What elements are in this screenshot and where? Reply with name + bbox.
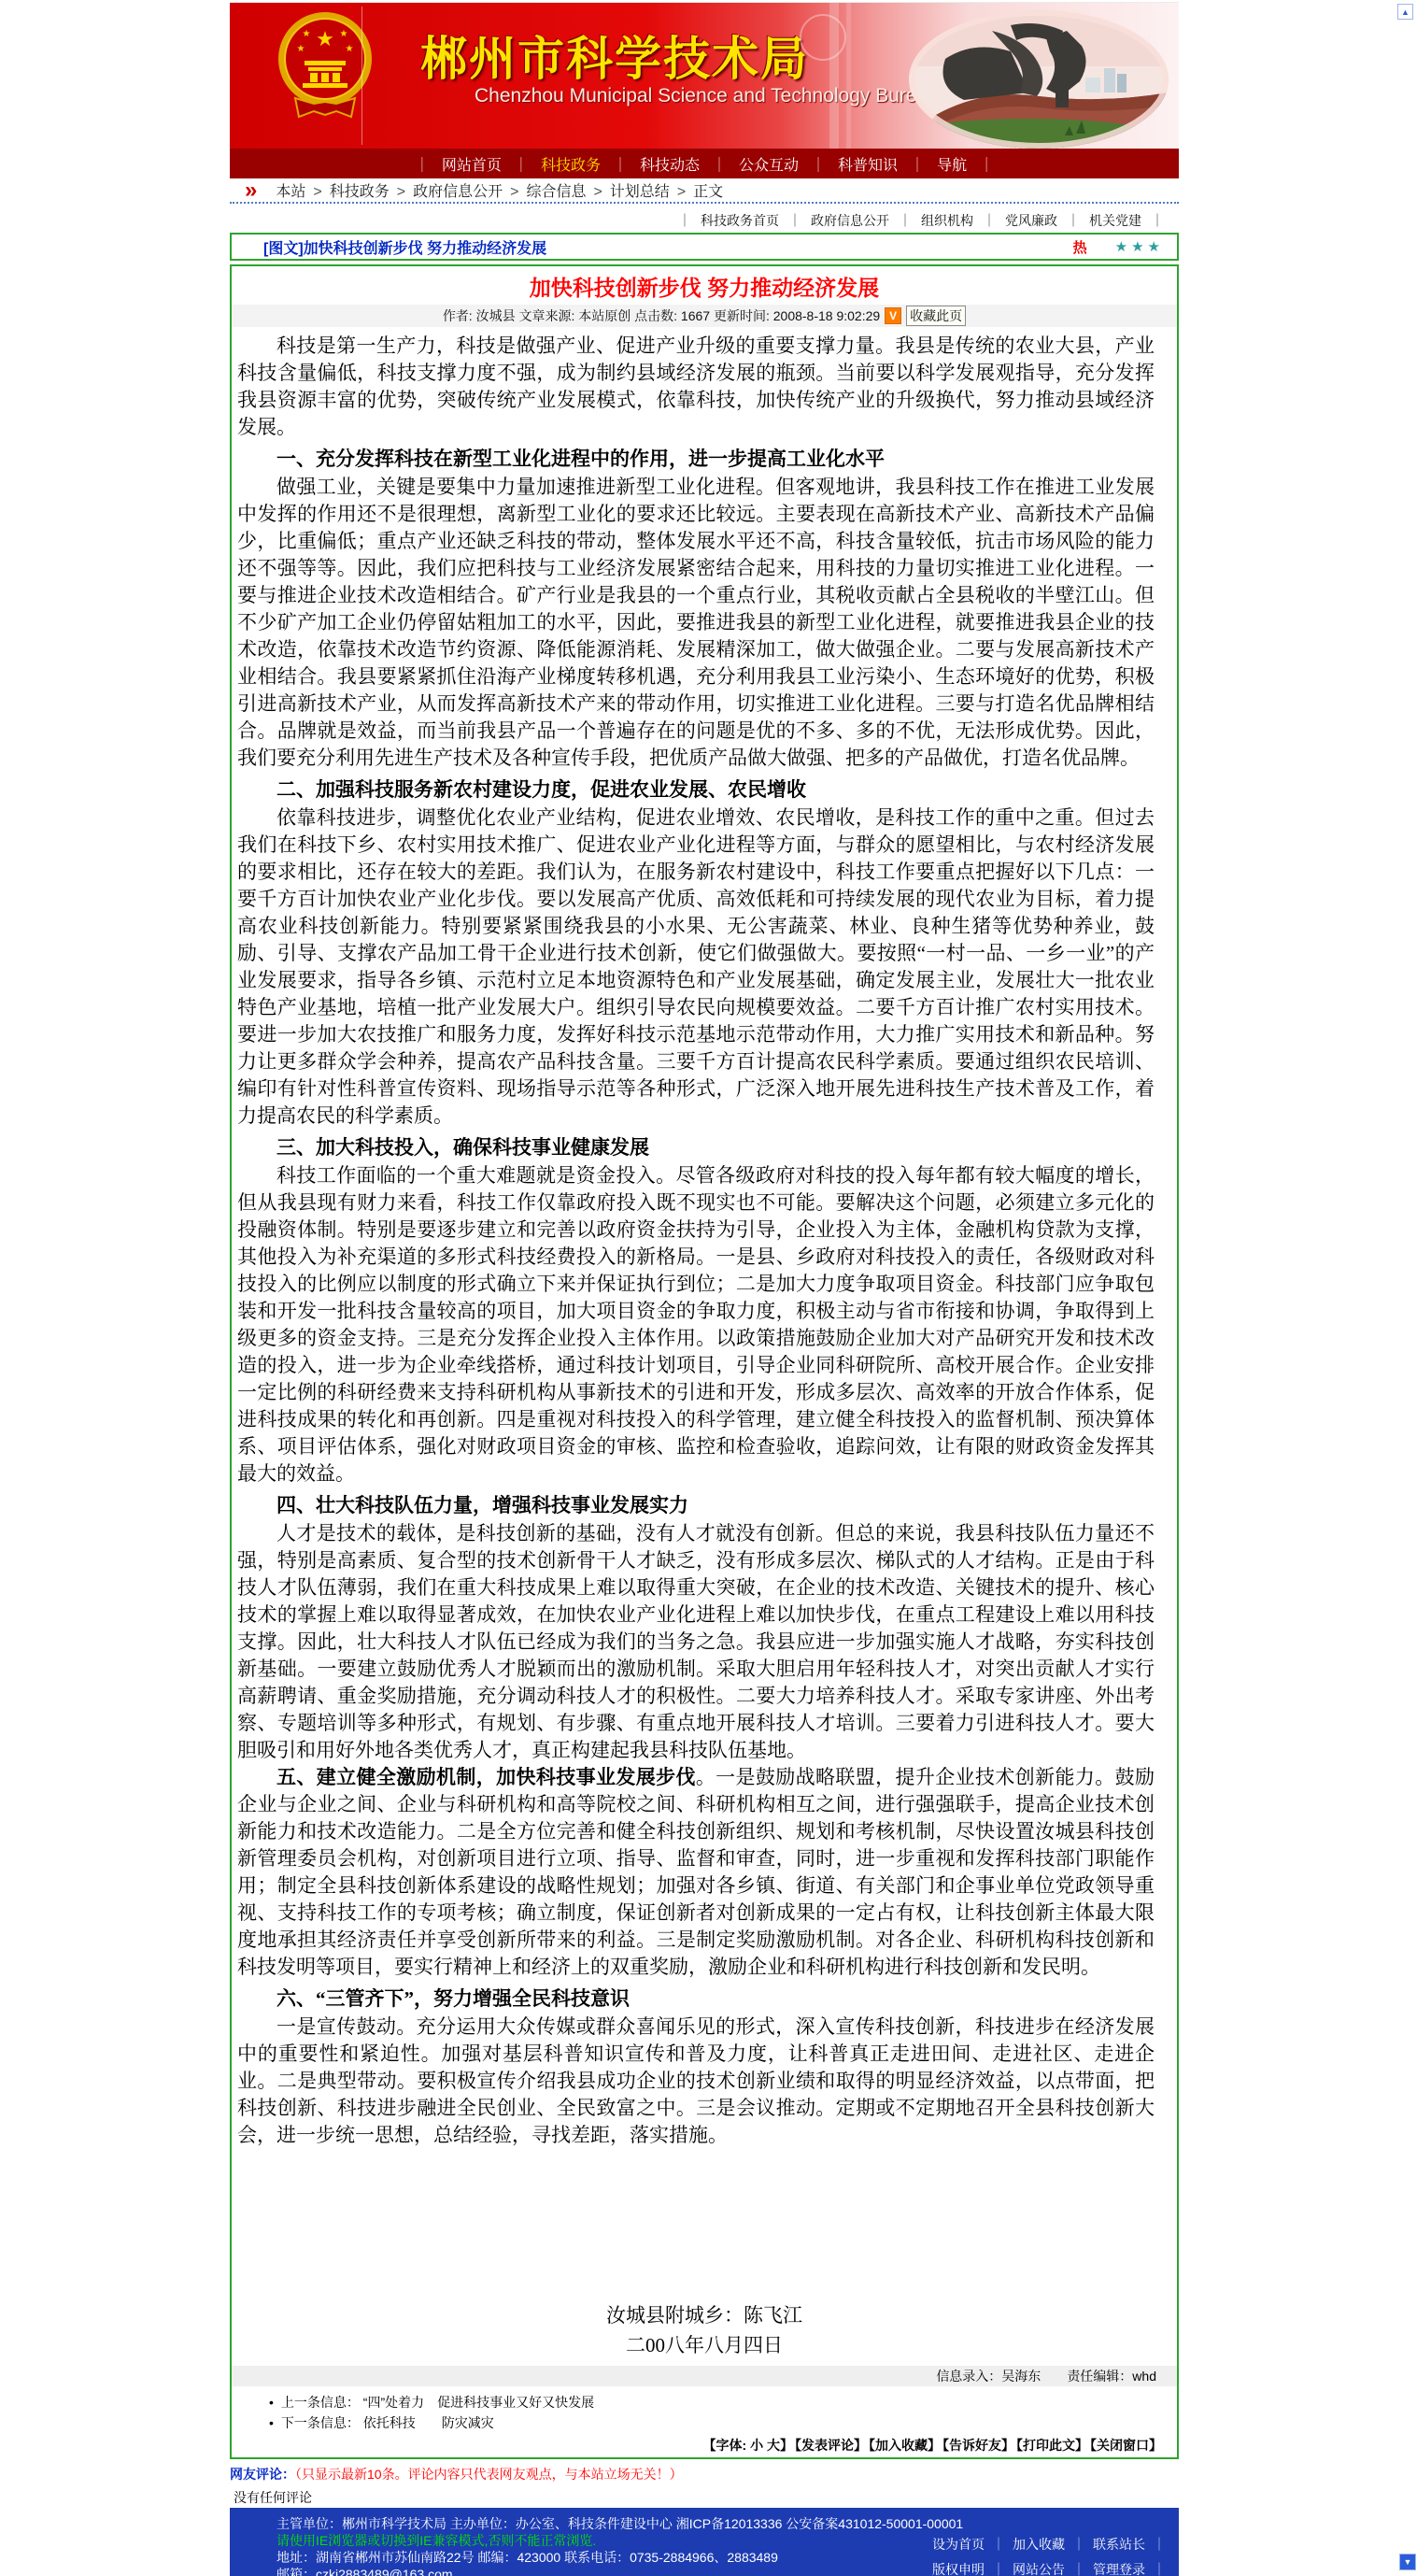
action-字体: 小 大[interactable]: 【字体: 小 大】 [703,2438,793,2453]
quick-links-separator: ｜ [1067,213,1080,228]
article-paragraph: 五、建立健全激励机制，加快科技事业发展步伐。一是鼓励战略联盟，提升企业技术创新能… [237,1764,1155,1981]
signature-block: 汝城县附城乡：陈飞江 二00八年八月四日 [232,2300,1177,2360]
actions-bar: 【字体: 小 大】【发表评论】【加入收藏】【告诉好友】【打印此文】【关闭窗口】 [232,2433,1177,2457]
breadcrumb-separator: > [677,184,686,200]
footer-links-row: 版权申明｜网站公告｜管理登录｜ [932,2557,1173,2576]
article-paragraph: 依靠科技进步，调整优化农业产业结构，促进农业增效、农民增收，是科技工作的重中之重… [237,804,1155,1130]
action-告诉好友[interactable]: 【告诉好友】 [942,2438,1014,2453]
nav-separator: ｜ [811,153,826,175]
action-加入收藏[interactable]: 【加入收藏】 [869,2438,941,2453]
nav-separator: ｜ [979,153,994,175]
article-title: 加快科技创新步伐 努力推动经济发展 [232,266,1177,305]
inline-heading: 五、建立健全激励机制，加快科技事业发展步伐 [276,1766,696,1788]
breadcrumb-item-本站[interactable]: 本站 [276,184,305,200]
page-column: ★ ★ ★ ★ ★ 郴州市科学技术局 Chenzhou Municipal Sc… [230,0,1179,2576]
quick-link-党风廉政[interactable]: 党风廉政 [1005,213,1057,228]
article-heading: 三、加大科技投入，确保科技事业健康发展 [237,1134,1155,1161]
quick-links-separator: ｜ [788,213,801,228]
quick-link-科技政务首页[interactable]: 科技政务首页 [701,213,779,228]
quick-links-separator: ｜ [678,213,691,228]
footer-links-separator: ｜ [1153,2562,1166,2576]
prev-label: 上一条信息： [281,2395,360,2410]
headline-link[interactable]: [图文]加快科技创新步伐 努力推动经济发展 [263,236,1073,258]
banner-divider [361,7,362,145]
entry-info-bar: 信息录入：吴海东 责任编辑：whd [232,2366,1177,2386]
svg-text:★: ★ [316,27,334,50]
article-heading: 一、充分发挥科技在新型工业化进程中的作用，进一步提高工业化水平 [237,446,1155,473]
comments-empty-text: 没有任何评论 [230,2482,1179,2503]
nav-separator: ｜ [712,153,727,175]
footer-links-separator: ｜ [992,2537,1005,2552]
article-paragraph: 科技是第一生产力，科技是做强产业、促进产业升级的重要支撑力量。我县是传统的农业大… [237,333,1155,441]
rating-stars-icon: ★★★ [1115,238,1164,255]
comments-label: 网友评论： [230,2467,295,2482]
breadcrumb: » 本站>科技政务>政府信息公开>综合信息>计划总结>正文 [230,178,1179,202]
bullet-icon: • [269,2415,274,2430]
scroll-down-button[interactable]: ▼ [1399,2554,1416,2570]
article-heading: 二、加强科技服务新农村建设力度，促进农业发展、农民增收 [237,776,1155,804]
bookmark-button[interactable]: 收藏此页 [906,306,966,326]
nav-separator: ｜ [415,153,430,175]
svg-text:★: ★ [340,29,348,39]
quick-links-separator: ｜ [1151,213,1164,228]
signature-date: 二00八年八月四日 [232,2330,1177,2360]
article-heading: 四、壮大科技队伍力量，增强科技事业发展实力 [237,1492,1155,1519]
breadcrumb-item-计划总结[interactable]: 计划总结 [610,184,670,200]
article-paragraph: 科技工作面临的一个重大难题就是资金投入。尽管各级政府对科技的投入每年都有较大幅度… [237,1162,1155,1487]
quick-link-组织机构[interactable]: 组织机构 [921,213,973,228]
footer-link-设为首页[interactable]: 设为首页 [932,2537,985,2552]
breadcrumb-separator: > [397,184,405,200]
action-发表评论[interactable]: 【发表评论】 [795,2438,867,2453]
svg-text:★: ★ [303,29,311,39]
footer-links: 设为首页｜加入收藏｜联系站长｜版权申明｜网站公告｜管理登录｜ [932,2532,1173,2576]
scroll-up-button[interactable]: ▲ [1397,4,1413,20]
prev-next-links: •上一条信息： “四”处着力 促进科技事业又好又快发展 •下一条信息： 依托科技… [232,2386,1177,2433]
entry-user: 信息录入：吴海东 [936,2367,1041,2385]
site-footer: 主管单位：郴州市科学技术局 主办单位：办公室、科技条件建设中心 湘ICP备120… [230,2508,1179,2576]
action-关闭窗口[interactable]: 【关闭窗口】 [1090,2438,1162,2453]
breadcrumb-separator: > [313,184,321,200]
next-title[interactable]: 依托科技 防灾减灾 [363,2415,494,2430]
svg-text:★: ★ [297,44,305,54]
bullet-icon: • [269,2395,274,2410]
main-nav: ｜网站首页｜科技政务｜科技动态｜公众互动｜科普知识｜导航｜ [230,149,1179,178]
breadcrumb-items: 本站>科技政务>政府信息公开>综合信息>计划总结>正文 [276,179,723,201]
nav-item-科技政务[interactable]: 科技政务 [541,153,601,175]
nav-item-科技动态[interactable]: 科技动态 [640,153,700,175]
prev-article-link[interactable]: •上一条信息： “四”处着力 促进科技事业又好又快发展 [269,2392,1177,2412]
sculpture-photo [796,3,1179,149]
footer-links-separator: ｜ [1153,2537,1166,2552]
comments-section: 网友评论：（只显示最新10条。评论内容只代表网友观点，与本站立场无关！） 没有任… [230,2459,1179,2503]
article-panel: 加快科技创新步伐 努力推动经济发展 作者: 汝城县 文章来源: 本站原创 点击数… [230,264,1179,2459]
hot-badge: 热 [1073,237,1087,257]
article-body: 科技是第一生产力，科技是做强产业、促进产业升级的重要支撑力量。我县是传统的农业大… [232,327,1177,2263]
quick-links-separator: ｜ [899,213,912,228]
signature-author: 汝城县附城乡：陈飞江 [232,2300,1177,2330]
quick-links: ｜科技政务首页｜政府信息公开｜组织机构｜党风廉政｜机关党建｜ [230,204,1179,228]
site-title: 郴州市科学技术局 [420,21,809,89]
svg-text:★: ★ [346,44,354,54]
nav-item-科普知识[interactable]: 科普知识 [838,153,898,175]
nav-separator: ｜ [613,153,628,175]
footer-link-管理登录[interactable]: 管理登录 [1093,2562,1145,2576]
footer-links-row: 设为首页｜加入收藏｜联系站长｜ [932,2532,1173,2557]
quick-link-政府信息公开[interactable]: 政府信息公开 [811,213,889,228]
quick-links-separator: ｜ [983,213,996,228]
quick-link-机关党建[interactable]: 机关党建 [1089,213,1141,228]
prev-title[interactable]: “四”处着力 促进科技事业又好又快发展 [363,2395,594,2410]
comments-header: 网友评论：（只显示最新10条。评论内容只代表网友观点，与本站立场无关！） [230,2465,1179,2482]
nav-item-公众互动[interactable]: 公众互动 [739,153,799,175]
site-banner: ★ ★ ★ ★ ★ 郴州市科学技术局 Chenzhou Municipal Sc… [230,2,1179,149]
article-paragraph: 一是宣传鼓动。充分运用大众传媒或群众喜闻乐见的形式，深入宣传科技创新，科技进步在… [237,2014,1155,2149]
nav-item-导航[interactable]: 导航 [937,153,967,175]
footer-links-separator: ｜ [1072,2562,1085,2576]
nav-item-网站首页[interactable]: 网站首页 [442,153,502,175]
entry-editor: 责任编辑：whd [1067,2367,1156,2385]
footer-links-separator: ｜ [1072,2537,1085,2552]
article-heading: 六、“三管齐下”，努力增强全民科技意识 [237,1985,1155,2013]
nav-separator: ｜ [514,153,529,175]
breadcrumb-item-政府信息公开[interactable]: 政府信息公开 [413,184,503,200]
article-meta-text: 作者: 汝城县 文章来源: 本站原创 点击数: 1667 更新时间: 2008-… [443,306,880,325]
article-meta: 作者: 汝城县 文章来源: 本站原创 点击数: 1667 更新时间: 2008-… [232,305,1177,327]
breadcrumb-arrows-icon: » [245,183,255,198]
breadcrumb-separator: > [510,184,518,200]
breadcrumb-item-科技政务[interactable]: 科技政务 [330,184,390,200]
next-article-link[interactable]: •下一条信息： 依托科技 防灾减灾 [269,2412,1177,2433]
article-paragraph: 人才是技术的载体，是科技创新的基础，没有人才就没有创新。但总的来说，我县科技队伍… [237,1520,1155,1764]
breadcrumb-item-综合信息[interactable]: 综合信息 [526,184,586,200]
china-national-emblem-icon: ★ ★ ★ ★ ★ [276,8,374,131]
footer-links-separator: ｜ [992,2562,1005,2576]
footer-link-网站公告[interactable]: 网站公告 [1013,2562,1065,2576]
breadcrumb-separator: > [593,184,602,200]
footer-link-版权申明[interactable]: 版权申明 [932,2562,985,2576]
bookmark-icon[interactable]: V [885,307,901,324]
footer-link-联系站长[interactable]: 联系站长 [1093,2537,1145,2552]
comments-note: （只显示最新10条。评论内容只代表网友观点，与本站立场无关！） [295,2467,683,2482]
headline-bar: [图文]加快科技创新步伐 努力推动经济发展 热 ★★★ [230,233,1179,261]
nav-separator: ｜ [910,153,925,175]
footer-link-加入收藏[interactable]: 加入收藏 [1013,2537,1065,2552]
breadcrumb-item-正文[interactable]: 正文 [693,184,723,200]
article-paragraph: 做强工业，关键是要集中力量加速推进新型工业化进程。但客观地讲，我县科技工作在推进… [237,474,1155,772]
next-label: 下一条信息： [281,2415,360,2430]
action-打印此文[interactable]: 【打印此文】 [1016,2438,1088,2453]
footer-sponsor-line: 主管单位：郴州市科学技术局 主办单位：办公室、科技条件建设中心 湘ICP备120… [276,2515,1179,2532]
